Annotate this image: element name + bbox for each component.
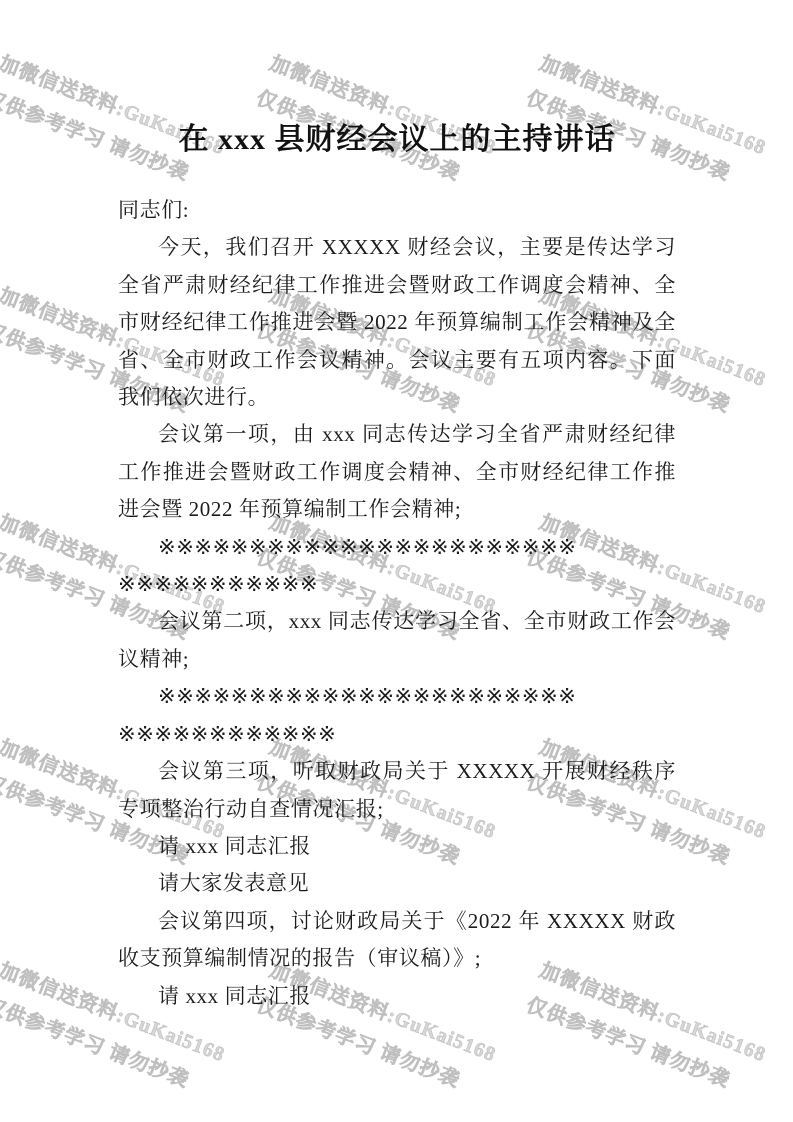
paragraph: 今天，我们召开 XXXXX 财经会议，主要是传达学习全省严肃财经纪律工作推进会暨… xyxy=(118,229,676,416)
paragraph: 会议第二项，xxx 同志传达学习全省、全市财政工作会议精神; xyxy=(118,603,676,678)
paragraph: ※※※※※※※※※※※※※※※※※※※※※※※ xyxy=(118,529,676,566)
paragraph: 会议第一项，由 xxx 同志传达学习全省严肃财经纪律工作推进会暨财政工作调度会精… xyxy=(118,416,676,528)
document-title: 在 xxx 县财经会议上的主持讲话 xyxy=(118,119,676,161)
document-content: 在 xxx 县财经会议上的主持讲话 同志们:今天，我们召开 XXXXX 财经会议… xyxy=(118,0,676,1015)
document-body: 同志们:今天，我们召开 XXXXX 财经会议，主要是传达学习全省严肃财经纪律工作… xyxy=(118,192,676,1015)
paragraph: 会议第三项，听取财政局关于 XXXXX 开展财经秩序专项整治行动自查情况汇报; xyxy=(118,753,676,828)
paragraph: 请 xxx 同志汇报 xyxy=(118,978,676,1015)
paragraph: ※※※※※※※※※※※ xyxy=(118,566,676,603)
paragraph: 会议第四项，讨论财政局关于《2022 年 XXXXX 财政收支预算编制情况的报告… xyxy=(118,903,676,978)
paragraph: 同志们: xyxy=(118,192,676,229)
paragraph: 请大家发表意见 xyxy=(118,865,676,902)
paragraph: ※※※※※※※※※※※※※※※※※※※※※※※ xyxy=(118,678,676,715)
paragraph: ※※※※※※※※※※※※ xyxy=(118,716,676,753)
paragraph: 请 xxx 同志汇报 xyxy=(118,828,676,865)
document-page: 加微信送资料:GuKai5168仅供参考学习 请勿抄袭加微信送资料:GuKai5… xyxy=(0,0,793,1122)
